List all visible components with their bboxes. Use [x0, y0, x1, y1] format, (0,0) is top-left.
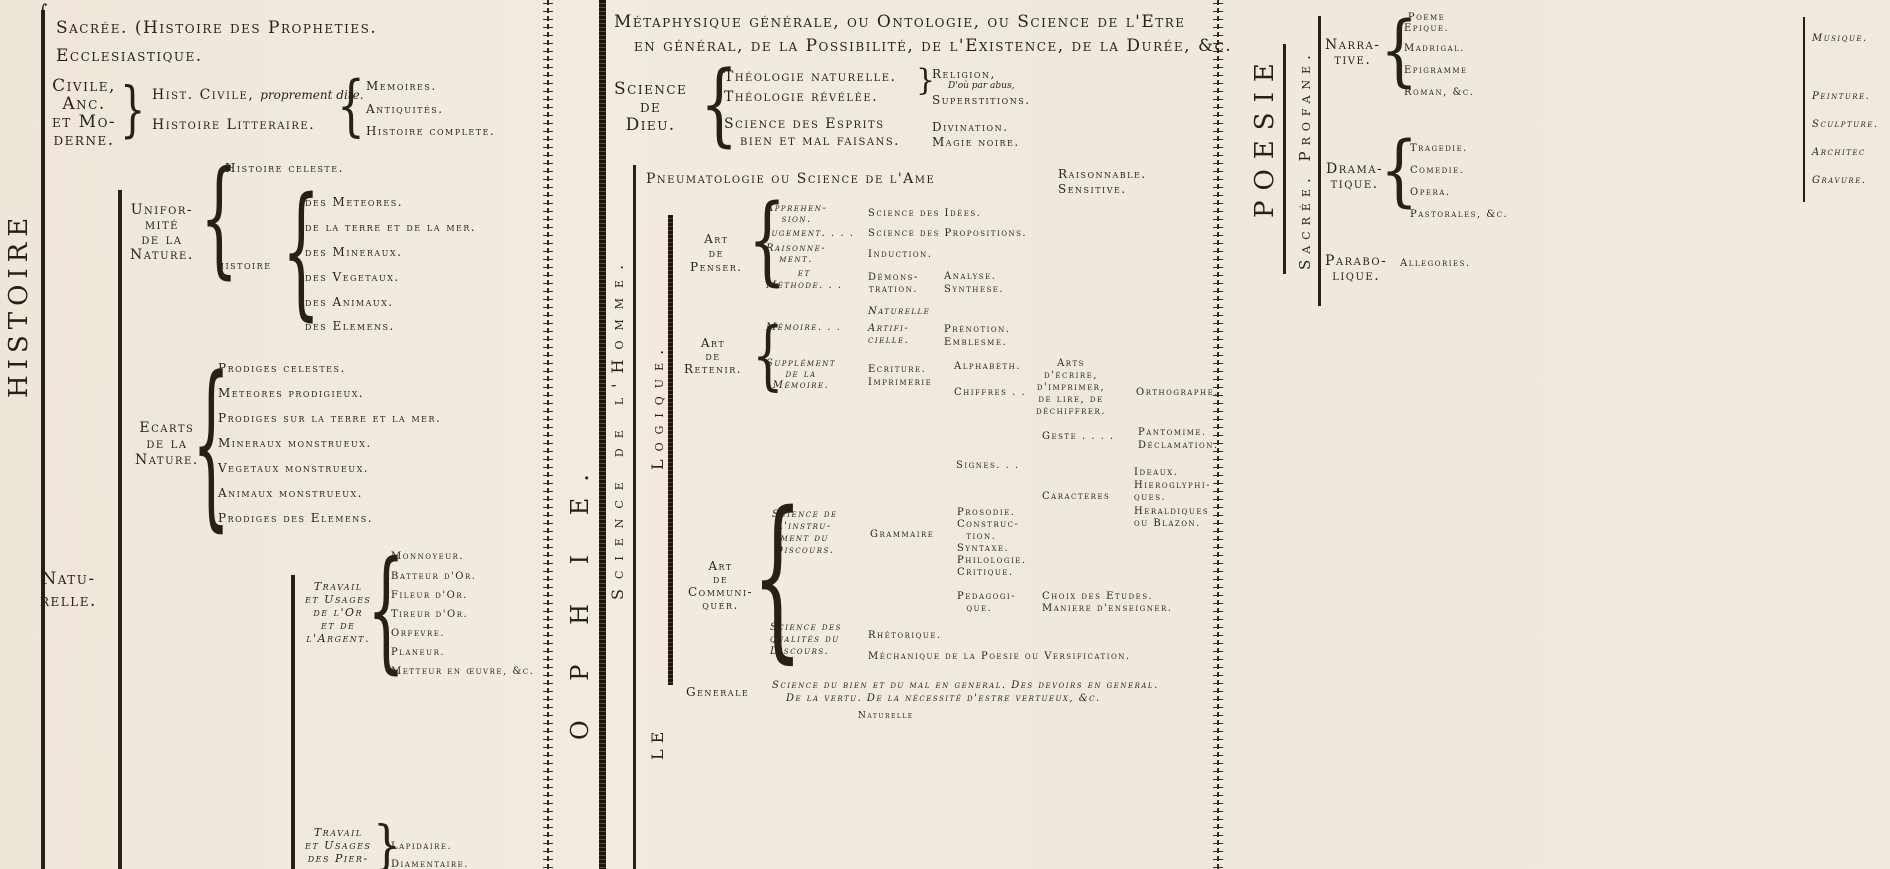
lapidaire: Lapidaire. [391, 842, 452, 852]
narrative-item: Poeme Epique. [1404, 12, 1449, 34]
analyse: Analyse. [944, 272, 996, 282]
parabolique-label: Parabo- lique. [1325, 254, 1387, 284]
travail-or-item: Tireur d'Or. [391, 610, 468, 620]
ecarts-item: Prodiges des Elemens. [218, 512, 373, 524]
morale-title-fragment: LE [648, 726, 667, 760]
art-item: Gravure. [1812, 176, 1866, 186]
naturelle-label: Natu- relle. [40, 568, 97, 612]
column-separator-right [1213, 0, 1223, 869]
civile-item: Antiquités. [366, 103, 444, 115]
theologie-revelee: Théologie révélée. [724, 90, 878, 104]
ecarts-item: Prodiges sur la terre et la mer. [218, 412, 441, 424]
dramatique-item: Pastorales, &c. [1410, 210, 1508, 220]
superstitions: Superstitions. [932, 94, 1031, 106]
par-abus: D'où par abus, [948, 82, 1014, 91]
dramatique-item: Opera. [1410, 188, 1451, 198]
travail-or-item: Orfevre. [391, 629, 445, 639]
induction: Induction. [868, 250, 932, 260]
jugement: Jugement. . . . [766, 229, 854, 239]
mechanique-poesie: Méchanique de la Poesie ou Versification… [868, 652, 1131, 662]
hist-civile: Hist. Civile, proprement dite. [152, 88, 364, 102]
art-item: Architec [1812, 148, 1866, 158]
poesie-title: POESIE [1250, 53, 1280, 218]
arts-brace [291, 575, 295, 869]
travail-or-item: Metteur en œuvre, &c. [391, 667, 534, 677]
narrative-label: Narra- tive. [1325, 38, 1380, 68]
histoire-litteraire: Histoire Litteraire. [152, 118, 315, 132]
choix-etudes: Choix des Etudes. [1042, 592, 1153, 602]
declamation: Déclamation. [1138, 441, 1219, 451]
uniformite-item: des Elemens. [305, 320, 395, 332]
dramatique-item: Comedie. [1410, 166, 1464, 176]
emblesme: Emblesme. [944, 338, 1007, 348]
science-homme-title: Science de l'Homme. [608, 255, 627, 600]
sacree-profane-brace [1318, 16, 1321, 306]
art-penser-label: Art de Penser. [690, 232, 743, 274]
religion: Religion, [932, 68, 996, 80]
poesie-brace [1283, 44, 1286, 274]
generale: Generale [686, 686, 749, 698]
memoire: Mémoire. . . [766, 323, 841, 333]
art-communiquer-label: Art de Communi- quer. [688, 560, 753, 612]
ideaux: Ideaux. [1134, 468, 1178, 478]
science-idees: Science des Idées. [868, 209, 981, 219]
art-item: Sculpture. [1812, 120, 1879, 130]
ecarts-item: Prodiges celestes. [218, 362, 346, 374]
raisonnement: Raisonne- ment. [766, 243, 826, 265]
civile-item: Memoires. [366, 80, 437, 92]
science-instrument: Science de l'instru- ment du Discours. [772, 509, 838, 557]
allegories: Allegories. [1400, 259, 1471, 269]
rule-philosophie [599, 0, 606, 869]
sensitive: Sensitive. [1058, 183, 1127, 195]
column-separator-left [543, 0, 553, 869]
generale-line2: De la vertu. De la nécessité d'estre ver… [786, 694, 1101, 704]
uniformite-item: des Meteores. [305, 196, 403, 208]
sacree-profane: Sacrée. Profane. [1296, 49, 1314, 270]
travail-or-label: Travail et Usages de l'Or et de l'Argent… [305, 580, 371, 645]
ecriture: Ecriture. [868, 365, 926, 375]
brace-top: ⌠ [38, 6, 47, 24]
uniformite-label: Unifor- mité de la Nature. [130, 203, 194, 263]
histoire-main-brace [41, 10, 45, 869]
geste: Geste . . . . [1042, 432, 1115, 442]
alphabeth: Alphabeth. [954, 362, 1021, 372]
civile-brace: } [120, 80, 145, 140]
diamentaire: Diamentaire. [391, 860, 469, 869]
generale-line1: Science du bien et du mal en general. De… [772, 681, 1159, 691]
caracteres: Caracteres [1042, 492, 1110, 502]
sacree-line: Sacrée. (Histoire des Propheties. [56, 20, 377, 37]
grammaire: Grammaire [870, 530, 934, 540]
logique-title: Logique. [648, 342, 667, 470]
ecarts-item: Mineraux monstrueux. [218, 437, 372, 449]
chiffres: Chiffres . . [954, 388, 1026, 398]
uniformite-item: des Vegetaux. [305, 271, 400, 283]
arts-ecrire: Arts d'écrire, d'imprimer, de lire, de d… [1036, 358, 1106, 418]
ecarts-item: Meteores prodigieux. [218, 387, 364, 399]
art-item: Peinture. [1812, 92, 1870, 102]
imprimerie: Imprimerie [868, 378, 932, 388]
et-methode: et Méthode. . . [766, 268, 842, 292]
science-esprits: Science des Esprits [724, 117, 885, 131]
ecarts-label: Ecarts de la Nature. [135, 420, 199, 468]
maniere-enseigner: Maniere d'enseigner. [1042, 604, 1172, 614]
histoire-sub-label: histoire [217, 259, 272, 271]
uniformite-item: de la terre et de la mer. [305, 221, 476, 233]
ecclesiastique-line: Ecclesiastique. [56, 48, 203, 65]
uniformite-item: des Animaux. [305, 296, 394, 308]
philosophie-title-fragment: O P H I E. [566, 458, 594, 740]
magie-noire: Magie noire. [932, 136, 1020, 148]
arts-divider [1803, 17, 1805, 202]
naturelle: Naturelle [868, 307, 930, 317]
bien-mal-faisans: bien et mal faisans. [740, 134, 900, 148]
histoire-title: HISTOIRE [4, 212, 34, 398]
science-qualites: Science des qualités du Discours. [770, 622, 842, 658]
theologie-naturelle: Théologie naturelle. [724, 70, 896, 84]
uniformite-item: des Mineraux. [305, 246, 402, 258]
hieroglyphiques: Hieroglyphi- ques. [1134, 480, 1211, 504]
narrative-item: Epigramme [1404, 66, 1468, 76]
orthographe: Orthographe. [1136, 388, 1219, 398]
dramatique-item: Tragedie. [1410, 144, 1468, 154]
grammaire-items: Prosodie. Construc- tion. Syntaxe. Philo… [957, 507, 1027, 579]
artificielle: Artifi- cielle. [868, 323, 909, 347]
art-retenir-label: Art de Retenir. [684, 337, 742, 376]
synthese: Synthese. [944, 285, 1004, 295]
pantomime: Pantomime. [1138, 428, 1207, 438]
supplement-memoire: Supplément de la Mémoire. [766, 358, 836, 391]
travail-or-item: Monnoyeur. [391, 552, 464, 562]
logique-brace [668, 215, 673, 685]
metaphysique-line1: Métaphysique générale, ou Ontologie, ou … [614, 14, 1186, 31]
dramatique-label: Drama- tique. [1326, 162, 1383, 192]
travail-or-item: Planeur. [391, 648, 445, 658]
apprehension: Apprehen- sion. [766, 203, 827, 225]
ecarts-item: Animaux monstrueux. [218, 487, 363, 499]
civile-item: Histoire complete. [366, 125, 495, 137]
narrative-item: Roman, &c. [1404, 88, 1474, 98]
civile-label: Civile, Anc. et Mo- derne. [52, 77, 116, 149]
naturelle-bottom: Naturelle [858, 712, 914, 721]
art-item: Musique. [1812, 34, 1868, 44]
pedagogique: Pedagogi- que. [957, 591, 1016, 615]
prenotion: Prénotion. [944, 325, 1010, 335]
naturelle-brace [118, 190, 122, 869]
travail-pierres-label: Travail et Usages des Pier- [305, 826, 371, 865]
signes: Signes. . . [956, 461, 1020, 471]
science-propositions: Science des Propositions. [868, 229, 1027, 239]
pneumatologie: Pneumatologie ou Science de l'Ame [646, 172, 935, 186]
rhetorique: Rhétorique. [868, 631, 942, 641]
science-dieu-label: Science de Dieu. [614, 80, 687, 134]
travail-or-item: Batteur d'Or. [391, 572, 476, 582]
science-homme-brace [633, 165, 636, 869]
travail-or-item: Fileur d'Or. [391, 591, 468, 601]
civile-items-brace: { [337, 74, 365, 140]
divination: Divination. [932, 121, 1008, 133]
ecarts-item: Vegetaux monstrueux. [218, 462, 369, 474]
demonstration: Démons- tration. [868, 272, 919, 296]
raisonnable: Raisonnable. [1058, 168, 1147, 180]
heraldiques: Heraldiques ou Blazon. [1134, 506, 1209, 530]
narrative-item: Madrigal. [1404, 44, 1465, 54]
